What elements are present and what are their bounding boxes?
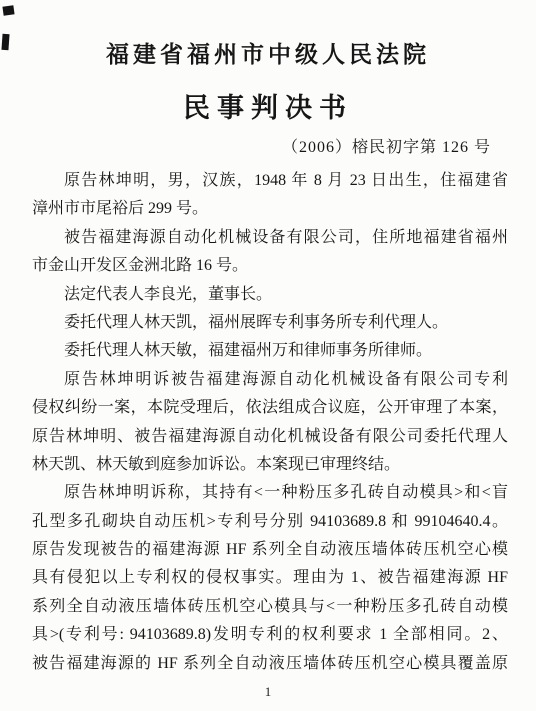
body-line: 原告发现被告的福建海源 HF 系列全自动液压墙体砖压机空心模 [32, 536, 508, 564]
page-number: 1 [0, 684, 536, 700]
body-line: 侵权纠纷一案，本院受理后，依法组成合议庭，公开审理了本案， [32, 394, 508, 422]
body-line: 具>(专利号: 94103689.8)发明专利的权利要求 1 全部相同。2、 [32, 621, 508, 649]
body-line: 系列全自动液压墙体砖压机空心模具与<一种粉压多孔砖自动模 [32, 593, 508, 621]
body-line: 原告林坤明，男，汉族，1948 年 8 月 23 日出生，住福建省 [32, 167, 508, 195]
body-line: 原告林坤明诉被告福建海源自动化机械设备有限公司专利 [32, 366, 508, 394]
body-line: 被告福建海源自动化机械设备有限公司，住所地福建省福州 [32, 224, 508, 252]
body-line: 林天凯、林天敏到庭参加诉讼。本案现已审理终结。 [32, 451, 508, 479]
body-line: 原告林坤明诉称，其持有<一种粉压多孔砖自动模具>和<盲 [32, 479, 508, 507]
court-name: 福建省福州市中级人民法院 [0, 0, 536, 69]
body-line: 原告林坤明、被告福建海源自动化机械设备有限公司委托代理人 [32, 423, 508, 451]
scan-artifact-top [2, 5, 14, 15]
scan-artifact-left [1, 34, 9, 50]
body-line: 委托代理人林天敏，福建福州万和律师事务所律师。 [32, 337, 508, 365]
body-line: 孔型多孔砌块自动压机>专利号分别 94103689.8 和 99104640.4… [32, 508, 508, 536]
document-page: 福建省福州市中级人民法院 民事判决书 （2006）榕民初字第 126 号 原告林… [0, 0, 536, 711]
body-line: 市金山开发区金洲北路 16 号。 [32, 252, 508, 280]
body-line: 被告福建海源的 HF 系列全自动液压墙体砖压机空心模具覆盖原 [32, 650, 508, 678]
body-line: 漳州市市尾裕后 299 号。 [32, 195, 508, 223]
judgment-body: 原告林坤明，男，汉族，1948 年 8 月 23 日出生，住福建省漳州市市尾裕后… [32, 167, 508, 678]
body-line: 委托代理人林天凯，福州展晖专利事务所专利代理人。 [32, 309, 508, 337]
body-line: 法定代表人李良光，董事长。 [32, 281, 508, 309]
document-title: 民事判决书 [0, 86, 536, 125]
case-number: （2006）榕民初字第 126 号 [0, 134, 536, 157]
body-line: 具有侵犯以上专利权的侵权事实。理由为 1、被告福建海源 HF [32, 564, 508, 592]
